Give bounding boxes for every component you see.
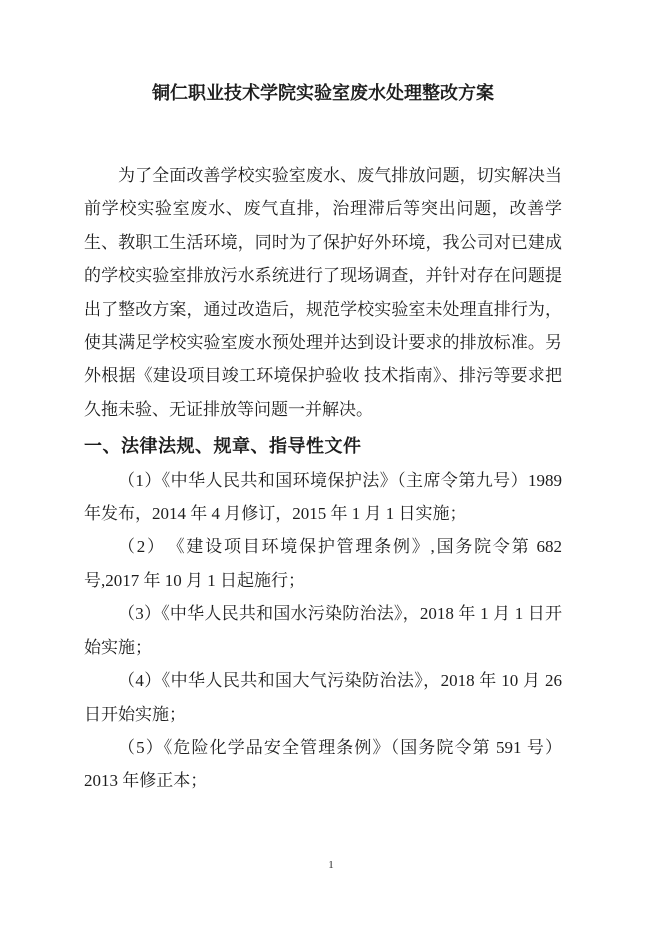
list-item: （5）《危险化学品安全管理条例》（国务院令第 591 号）2013 年修正本； bbox=[84, 731, 562, 798]
list-item: （3）《中华人民共和国水污染防治法》，2018 年 1 月 1 日开始实施； bbox=[84, 597, 562, 664]
list-item: （4）《中华人民共和国大气污染防治法》，2018 年 10 月 26 日开始实施… bbox=[84, 664, 562, 731]
list-item: （2） 《建设项目环境保护管理条例》,国务院令第 682 号,2017 年 10… bbox=[84, 530, 562, 597]
intro-paragraph: 为了全面改善学校实验室废水、废气排放问题，切实解决当前学校实验室废水、废气直排，… bbox=[84, 159, 562, 426]
page-content: 铜仁职业技术学院实验室废水处理整改方案 为了全面改善学校实验室废水、废气排放问题… bbox=[84, 81, 562, 798]
page-number: 1 bbox=[0, 858, 662, 873]
document-title: 铜仁职业技术学院实验室废水处理整改方案 bbox=[84, 81, 562, 106]
document-page: 铜仁职业技术学院实验室废水处理整改方案 为了全面改善学校实验室废水、废气排放问题… bbox=[0, 0, 662, 936]
list-item: （1）《中华人民共和国环境保护法》（主席令第九号）1989 年发布，2014 年… bbox=[84, 464, 562, 531]
section-heading: 一、法律法规、规章、指导性文件 bbox=[84, 430, 562, 463]
